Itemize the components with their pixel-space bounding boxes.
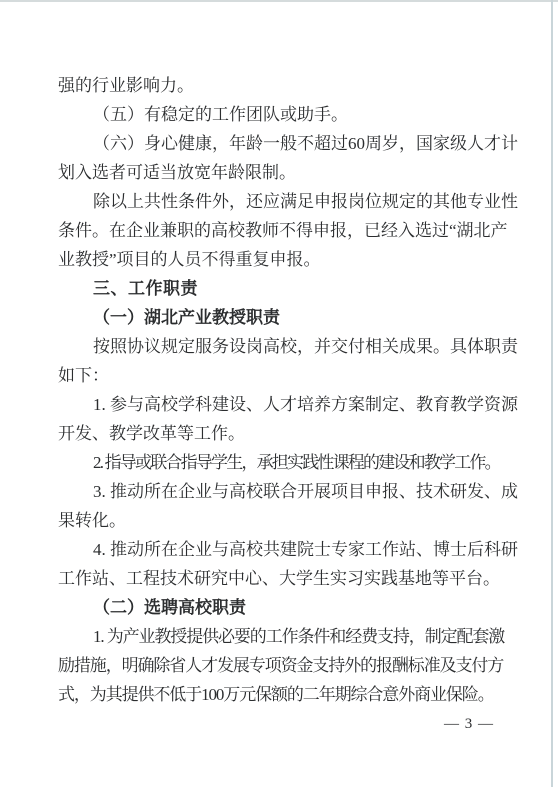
doc-line: 按照协议规定服务设岗高校，并交付相关成果。具体职责	[58, 332, 502, 361]
doc-line: （六）身心健康，年龄一般不超过60周岁，国家级人才计	[58, 129, 502, 158]
doc-line: 1. 参与高校学科建设、人才培养方案制定、教育教学资源	[58, 390, 502, 419]
scan-edge-top	[0, 0, 558, 2]
doc-line: 励措施，明确除省人才发展专项资金支持外的报酬标准及支付方	[58, 651, 502, 680]
doc-line: （二）选聘高校职责	[58, 593, 502, 622]
scan-edge-right	[551, 0, 553, 787]
document-page: 强的行业影响力。（五）有稳定的工作团队或助手。（六）身心健康，年龄一般不超过60…	[0, 0, 558, 787]
doc-line: 三、工作职责	[58, 274, 502, 303]
doc-line: （一）湖北产业教授职责	[58, 303, 502, 332]
doc-line: 强的行业影响力。	[58, 71, 502, 100]
doc-line: 业教授”项目的人员不得重复申报。	[58, 245, 502, 274]
doc-line: （五）有稳定的工作团队或助手。	[58, 100, 502, 129]
doc-line: 3. 推动所在企业与高校联合开展项目申报、技术研发、成	[58, 477, 502, 506]
doc-line: 式，为其提供不低于100万元保额的二年期综合意外商业保险。	[58, 680, 502, 709]
page-number: — 3 —	[444, 714, 494, 734]
doc-line: 开发、教学改革等工作。	[58, 419, 502, 448]
doc-line: 工作站、工程技术研究中心、大学生实习实践基地等平台。	[58, 564, 502, 593]
doc-line: 1. 为产业教授提供必要的工作条件和经费支持，制定配套激	[58, 622, 502, 651]
doc-line: 划入选者可适当放宽年龄限制。	[58, 158, 502, 187]
document-body: 强的行业影响力。（五）有稳定的工作团队或助手。（六）身心健康，年龄一般不超过60…	[58, 71, 502, 709]
doc-line: 果转化。	[58, 506, 502, 535]
doc-line: 条件。在企业兼职的高校教师不得申报，已经入选过“湖北产	[58, 216, 502, 245]
doc-line: 如下：	[58, 361, 502, 390]
doc-line: 除以上共性条件外，还应满足申报岗位规定的其他专业性	[58, 187, 502, 216]
doc-line: 4. 推动所在企业与高校共建院士专家工作站、博士后科研	[58, 535, 502, 564]
doc-line: 2. 指导或联合指导学生，承担实践性课程的建设和教学工作。	[58, 448, 502, 477]
